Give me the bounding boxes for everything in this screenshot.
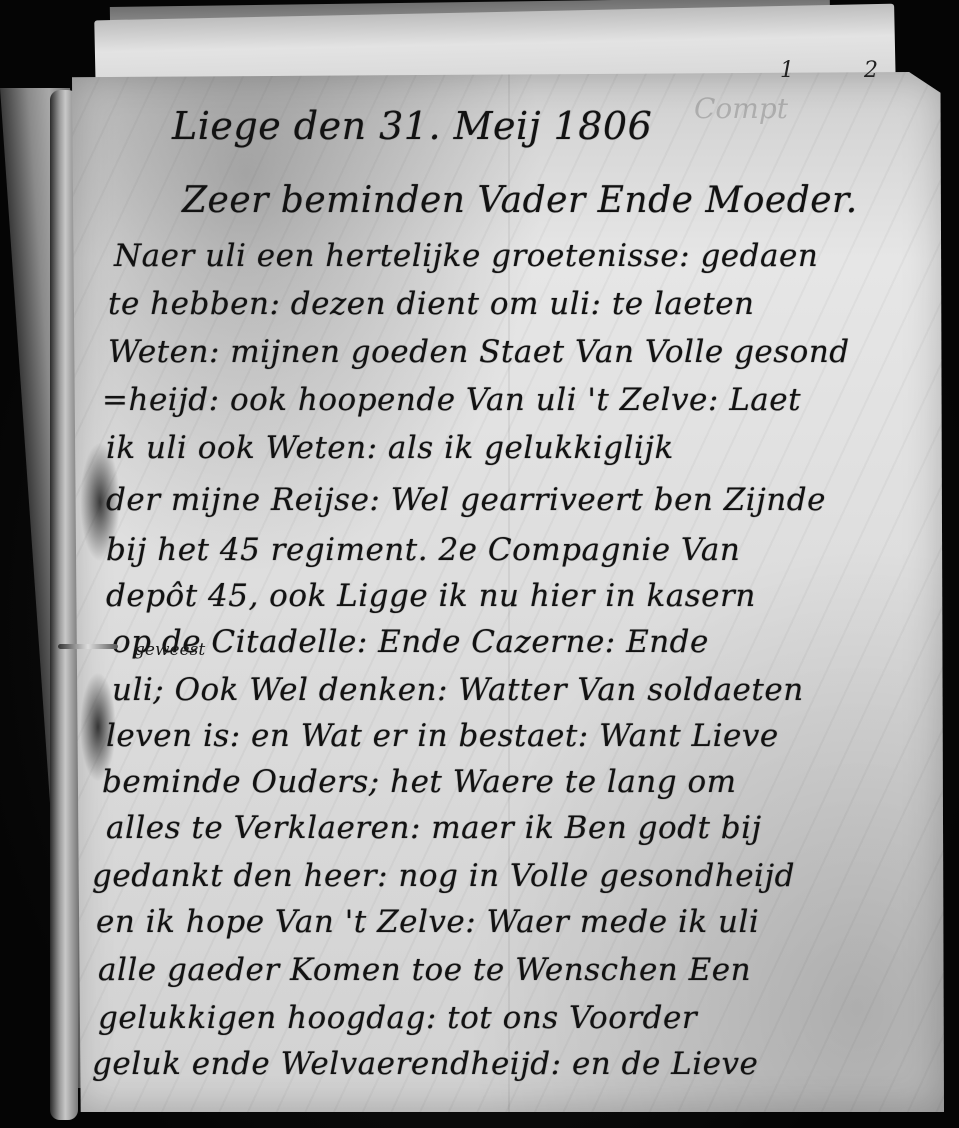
letter-dateline: Liege den 31. Meij 1806: [172, 104, 652, 148]
letter-line-15: en ik hope Van 't Zelve: Waer mede ik ul…: [96, 904, 759, 940]
letter-line-10: uli; Ook Wel denken: Watter Van soldaete…: [112, 672, 804, 708]
letter-line-11: leven is: en Wat er in bestaet: Want Lie…: [106, 718, 779, 754]
letter-line-16: alle gaeder Komen toe te Wenschen Een: [98, 952, 751, 988]
letter-line-12: beminde Ouders; het Waere te lang om: [102, 764, 737, 800]
letter-line-17: gelukkigen hoogdag: tot ons Voorder: [98, 1000, 697, 1036]
binding-stitch: [58, 644, 118, 649]
letter-line-1: Naer uli een hertelijke groetenisse: ged…: [114, 238, 818, 274]
letter-line-2: te hebben: dezen dient om uli: te laeten: [108, 286, 755, 322]
letter-line-8: depôt 45, ook Ligge ik nu hier in kasern: [106, 578, 756, 614]
corner-mark-2: 2: [864, 58, 948, 83]
letter-line-4: =heijd: ook hoopende Van uli 't Zelve: L…: [102, 382, 801, 418]
letter-line-5: ik uli ook Weten: als ik gelukkiglijk: [106, 430, 674, 466]
interlinear-note: geweest: [134, 640, 205, 660]
bleed-through-text: Compt: [694, 92, 914, 192]
letter-line-7: bij het 45 regiment. 2e Compagnie Van: [106, 532, 740, 568]
letter-line-14: gedankt den heer: nog in Volle gesondhei…: [92, 858, 795, 894]
letter-line-13: alles te Verklaeren: maer ik Ben godt bi…: [106, 810, 762, 846]
letter-salutation: Zeer beminden Vader Ende Moeder.: [182, 180, 858, 221]
letter-line-3: Weten: mijnen goeden Staet Van Volle ges…: [108, 334, 850, 370]
corner-page-marks: 12: [780, 58, 948, 83]
corner-mark-1: 1: [780, 58, 864, 83]
letter-page: Compt Liege den 31. Meij 1806 Zeer bemin…: [72, 72, 944, 1112]
letter-line-6: der mijne Reijse: Wel gearriveert ben Zi…: [106, 482, 826, 518]
letter-line-18: geluk ende Welvaerendheijd: en de Lieve: [92, 1046, 758, 1082]
